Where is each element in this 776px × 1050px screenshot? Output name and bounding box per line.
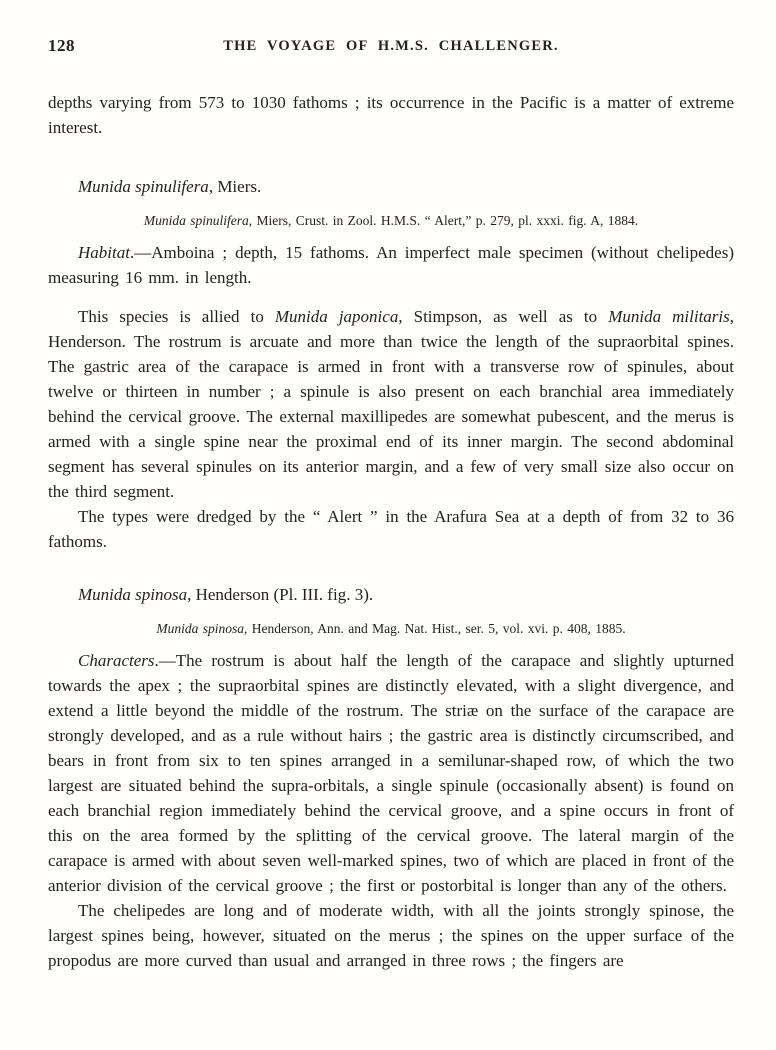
italic-text-segment: Munida spinulifera xyxy=(78,177,209,196)
paragraph-types-dredged: The types were dredged by the “ Alert ” … xyxy=(48,504,734,554)
italic-text-segment: Munida spinosa xyxy=(78,585,187,604)
paragraph-species-description: This species is allied to Munida japonic… xyxy=(48,304,734,504)
text-segment: The types were dredged by the “ Alert ” … xyxy=(48,507,734,551)
italic-text-segment: Munida japonica xyxy=(275,307,398,326)
italic-text-segment: Habitat xyxy=(78,243,130,262)
page-number: 128 xyxy=(48,36,75,56)
paragraph-characters: Characters.—The rostrum is about half th… xyxy=(48,648,734,898)
text-segment: , Henderson. The rostrum is arcuate and … xyxy=(48,307,734,501)
citation-munida-spinulifera: Munida spinulifera, Miers, Crust. in Zoo… xyxy=(48,211,734,231)
running-title: THE VOYAGE OF H.M.S. CHALLENGER. xyxy=(48,36,734,55)
text-segment: , Henderson (Pl. III. fig. 3). xyxy=(187,585,373,604)
text-segment: .—The rostrum is about half the length o… xyxy=(48,651,734,895)
paragraph-habitat: Habitat.—Amboina ; depth, 15 fathoms. An… xyxy=(48,240,734,290)
species-heading-munida-spinosa: Munida spinosa, Henderson (Pl. III. fig.… xyxy=(48,582,734,607)
italic-text-segment: Munida spinulifera xyxy=(144,213,249,228)
paragraph-intro-continuation: depths varying from 573 to 1030 fathoms … xyxy=(48,90,734,140)
italic-text-segment: Munida spinosa xyxy=(156,621,244,636)
italic-text-segment: Munida militaris xyxy=(608,307,730,326)
paragraph-chelipedes: The chelipedes are long and of moderate … xyxy=(48,898,734,973)
text-segment: , Miers. xyxy=(209,177,261,196)
text-segment: , Henderson, Ann. and Mag. Nat. Hist., s… xyxy=(244,621,626,636)
text-segment: , Stimpson, as well as to xyxy=(398,307,608,326)
text-segment: The chelipedes are long and of moderate … xyxy=(48,901,734,970)
text-segment: , Miers, Crust. in Zool. H.M.S. “ Alert,… xyxy=(249,213,638,228)
text-segment: depths varying from 573 to 1030 fathoms … xyxy=(48,93,734,137)
book-page: 128 THE VOYAGE OF H.M.S. CHALLENGER. dep… xyxy=(0,0,776,1050)
italic-text-segment: Characters xyxy=(78,651,155,670)
species-heading-munida-spinulifera: Munida spinulifera, Miers. xyxy=(48,174,734,199)
citation-munida-spinosa: Munida spinosa, Henderson, Ann. and Mag.… xyxy=(48,619,734,639)
text-segment: This species is allied to xyxy=(78,307,275,326)
page-header: 128 THE VOYAGE OF H.M.S. CHALLENGER. xyxy=(48,36,734,60)
text-segment: .—Amboina ; depth, 15 fathoms. An imperf… xyxy=(48,243,734,287)
